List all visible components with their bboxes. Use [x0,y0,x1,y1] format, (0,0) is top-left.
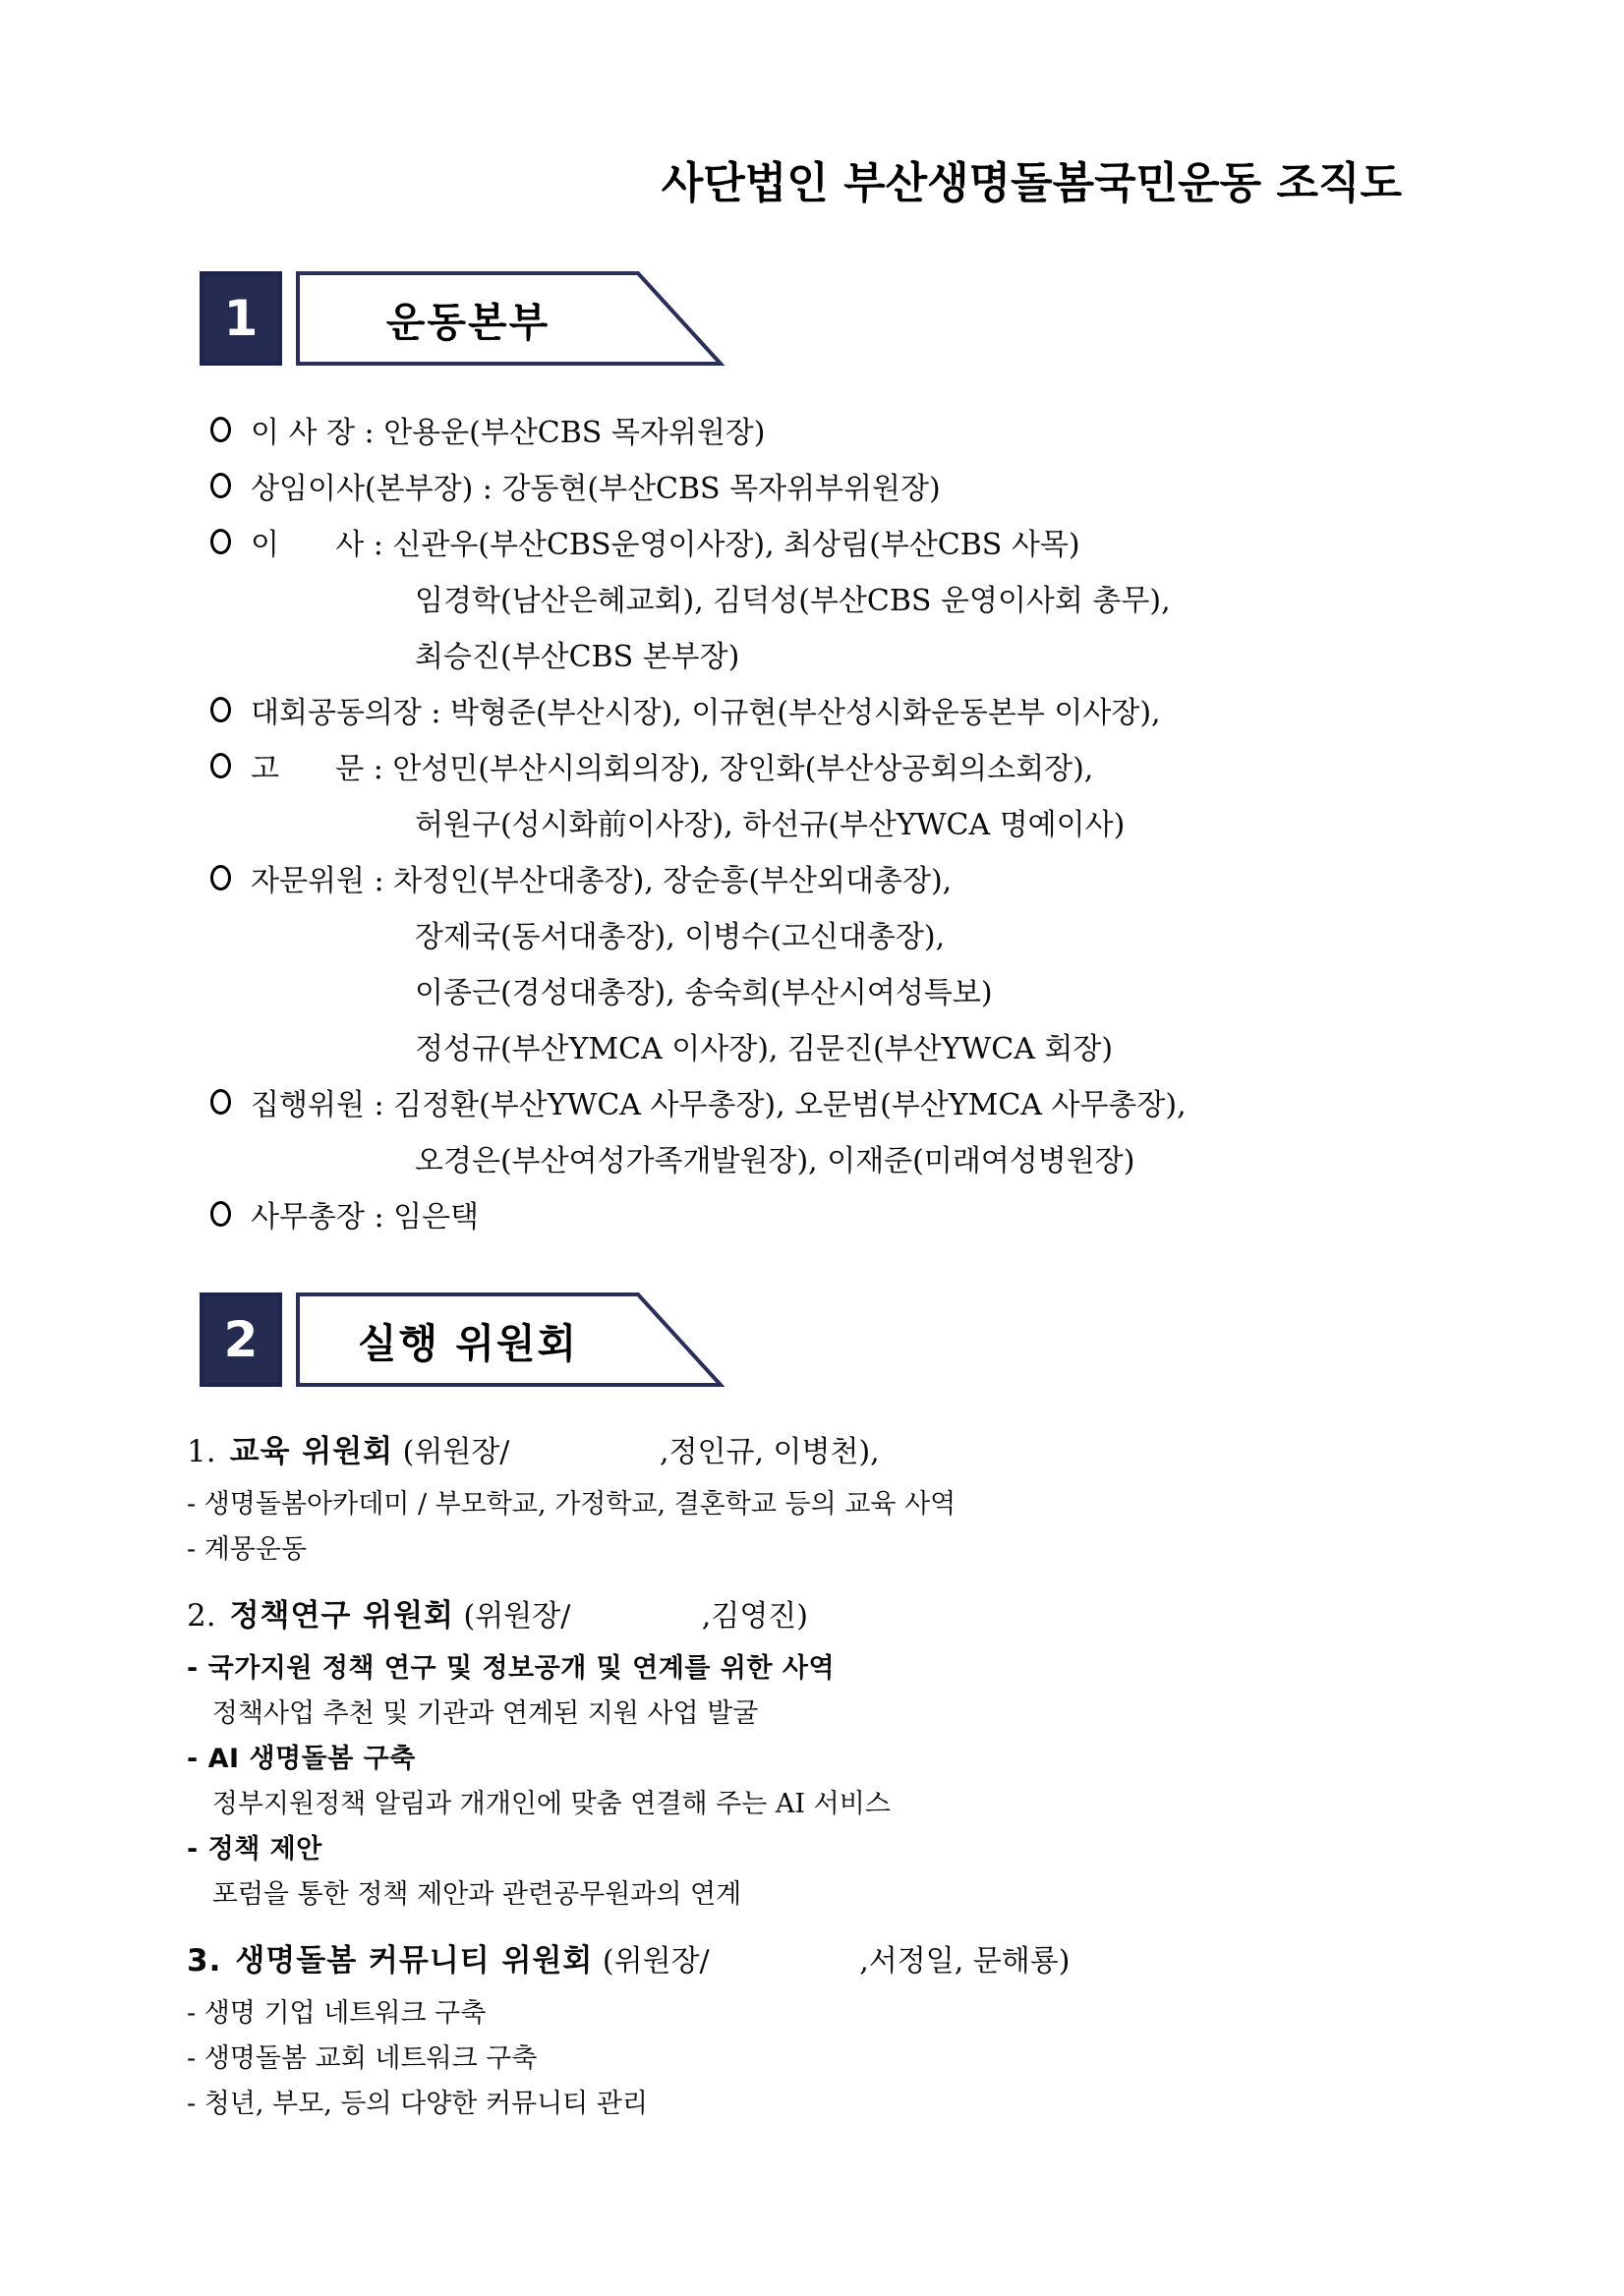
section1-number-badge: 1 [200,271,282,366]
list-item: 자문위원 : 차정인(부산대총장), 장순흥(부산외대총장), [210,849,1624,905]
committee-number: 2. [187,1598,216,1634]
committee-heading: 1. 교육 위원회 (위원장/ ,정인규, 이병천), [187,1426,1624,1478]
section2-content: 1. 교육 위원회 (위원장/ ,정인규, 이병천), - 생명돌봄아카데미 /… [187,1426,1624,2123]
list-item-text: 사무총장 : 임은택 [251,1192,479,1235]
list-item-text: 고 문 : 안성민(부산시의회의장), 장인화(부산상공회의소회장), [251,744,1093,787]
list-item-continuation: 장제국(동서대총장), 이병수(고신대총장), [210,905,1624,961]
committee-chair-info: (위원장/ ,김영진) [454,1591,808,1635]
committee-name: 교육 위원회 [230,1426,394,1470]
committee-chair-info: (위원장/ ,서정일, 문해룡) [593,1936,1070,1980]
list-item-text: 정성규(부산YMCA 이사장), 김문진(부산YWCA 회장) [415,1024,1113,1067]
list-item-text: 상임이사(본부장) : 강동현(부산CBS 목자위부위원장) [251,464,941,507]
circle-bullet-icon [210,1089,231,1115]
committee-name: 정책연구 위원회 [230,1590,454,1635]
committee-task: - 생명돌봄 교회 네트워크 구축 [187,2033,1624,2078]
committee-policy-research: 2. 정책연구 위원회 (위원장/ ,김영진) - 국가지원 정책 연구 및 정… [187,1590,1624,1914]
list-item-text: 이종근(경성대총장), 송숙희(부산시여성특보) [415,968,993,1011]
list-item-continuation: 허원구(성시화前이사장), 하선규(부산YWCA 명예이사) [210,793,1624,849]
section2-number-badge: 2 [200,1292,282,1387]
committee-chair-info: (위원장/ ,정인규, 이병천), [393,1427,880,1470]
list-item: 고 문 : 안성민(부산시의회의장), 장인화(부산상공회의소회장), [210,737,1624,793]
committee-name: 생명돌봄 커뮤니티 위원회 [235,1935,593,1980]
list-item: 상임이사(본부장) : 강동현(부산CBS 목자위부위원장) [210,457,1624,513]
list-item-text: 자문위원 : 차정인(부산대총장), 장순흥(부산외대총장), [251,856,952,899]
circle-bullet-icon [210,697,231,722]
list-item-text: 오경은(부산여성가족개발원장), 이재준(미래여성병원장) [415,1136,1134,1179]
list-item-text: 이 사 : 신관우(부산CBS운영이사장), 최상림(부산CBS 사목) [251,520,1080,563]
section2-banner-label: 실행 위원회 [296,1292,640,1387]
committee-task: - AI 생명돌봄 구축 [187,1733,1624,1778]
committee-task: - 생명돌봄아카데미 / 부모학교, 가정학교, 결혼학교 등의 교육 사역 [187,1478,1624,1523]
list-item-text: 허원구(성시화前이사장), 하선규(부산YWCA 명예이사) [415,800,1125,843]
committee-education: 1. 교육 위원회 (위원장/ ,정인규, 이병천), - 생명돌봄아카데미 /… [187,1426,1624,1569]
committee-task-detail: 정책사업 추천 및 기관과 연계된 지원 사업 발굴 [187,1688,1624,1733]
list-item-continuation: 이종근(경성대총장), 송숙희(부산시여성특보) [210,961,1624,1017]
section1-list: 이 사 장 : 안용운(부산CBS 목자위원장) 상임이사(본부장) : 강동현… [210,401,1624,1241]
list-item-text: 임경학(남산은혜교회), 김덕성(부산CBS 운영이사회 총무), [415,576,1171,619]
page-title: 사단법인 부산생명돌봄국민운동 조직도 [0,0,1624,210]
list-item-text: 대회공동의장 : 박형준(부산시장), 이규현(부산성시화운동본부 이사장), [251,688,1161,731]
committee-task-detail: 정부지원정책 알림과 개개인에 맞춤 연결해 주는 AI 서비스 [187,1778,1624,1823]
circle-bullet-icon [210,753,231,778]
circle-bullet-icon [210,865,231,890]
section2-header: 2 실행 위원회 [200,1292,1624,1387]
circle-bullet-icon [210,529,231,554]
list-item-continuation: 임경학(남산은혜교회), 김덕성(부산CBS 운영이사회 총무), [210,569,1624,625]
list-item: 이 사 : 신관우(부산CBS운영이사장), 최상림(부산CBS 사목) [210,513,1624,569]
list-item-text: 이 사 장 : 안용운(부산CBS 목자위원장) [251,408,766,451]
list-item: 집행위원 : 김정환(부산YWCA 사무총장), 오문범(부산YMCA 사무총장… [210,1073,1624,1129]
committee-number: 1. [187,1434,216,1469]
list-item-continuation: 정성규(부산YMCA 이사장), 김문진(부산YWCA 회장) [210,1017,1624,1073]
committee-life-care-community: 3. 생명돌봄 커뮤니티 위원회 (위원장/ ,서정일, 문해룡) - 생명 기… [187,1935,1624,2123]
circle-bullet-icon [210,473,231,498]
committee-number: 3. [187,1943,221,1979]
circle-bullet-icon [210,417,231,442]
list-item-text: 집행위원 : 김정환(부산YWCA 사무총장), 오문범(부산YMCA 사무총장… [251,1080,1187,1123]
list-item: 대회공동의장 : 박형준(부산시장), 이규현(부산성시화운동본부 이사장), [210,681,1624,737]
list-item-text: 장제국(동서대총장), 이병수(고신대총장), [415,912,945,955]
list-item-continuation: 최승진(부산CBS 본부장) [210,625,1624,681]
section1-banner: 운동본부 [296,271,725,366]
document-page: 사단법인 부산생명돌봄국민운동 조직도 1 운동본부 이 사 장 : 안용운(부… [0,0,1624,2296]
list-item-text: 최승진(부산CBS 본부장) [415,632,739,675]
committee-task-detail: 포럼을 통한 정책 제안과 관련공무원과의 연계 [187,1868,1624,1914]
list-item-continuation: 오경은(부산여성가족개발원장), 이재준(미래여성병원장) [210,1129,1624,1185]
committee-task: - 생명 기업 네트워크 구축 [187,1987,1624,2033]
committee-task: - 정책 제안 [187,1823,1624,1868]
circle-bullet-icon [210,1201,231,1227]
committee-task: - 청년, 부모, 등의 다양한 커뮤니티 관리 [187,2078,1624,2123]
section2-banner: 실행 위원회 [296,1292,725,1387]
section1-banner-label: 운동본부 [296,271,640,366]
committee-task: - 계몽운동 [187,1523,1624,1569]
section1-header: 1 운동본부 [200,271,1624,366]
committee-heading: 2. 정책연구 위원회 (위원장/ ,김영진) [187,1590,1624,1642]
committee-task: - 국가지원 정책 연구 및 정보공개 및 연계를 위한 사역 [187,1642,1624,1688]
list-item: 사무총장 : 임은택 [210,1185,1624,1241]
list-item: 이 사 장 : 안용운(부산CBS 목자위원장) [210,401,1624,457]
committee-heading: 3. 생명돌봄 커뮤니티 위원회 (위원장/ ,서정일, 문해룡) [187,1935,1624,1987]
